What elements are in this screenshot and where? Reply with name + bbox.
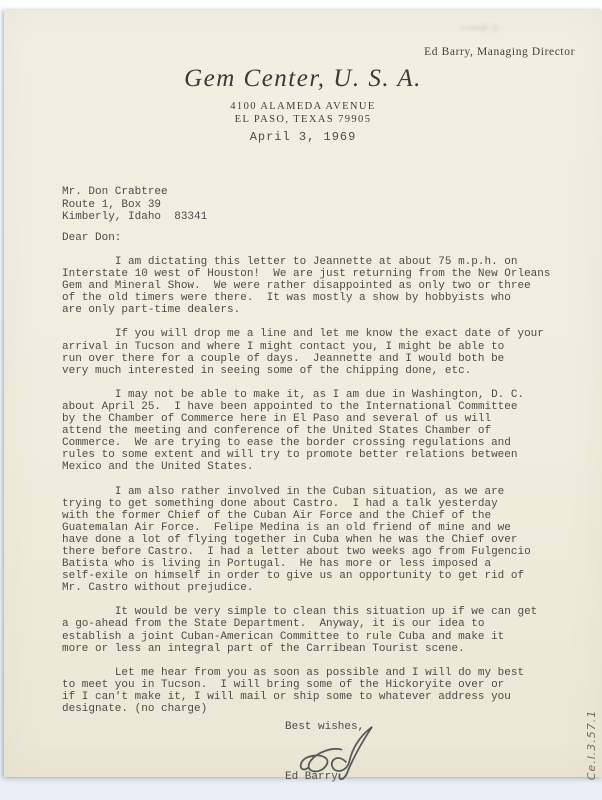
signature-name: Ed Barry bbox=[285, 771, 338, 783]
letter-date: April 3, 1969 bbox=[4, 130, 602, 144]
paragraph-2: If you will drop me a line and let me kn… bbox=[62, 328, 567, 376]
pencil-smudge bbox=[459, 23, 517, 33]
letterhead-address-line1: 4100 ALAMEDA AVENUE bbox=[4, 101, 602, 112]
paragraph-4: I am also rather involved in the Cuban s… bbox=[62, 486, 567, 595]
paragraph-6: Let me hear from you as soon as possible… bbox=[62, 667, 567, 715]
paragraph-3: I may not be able to make it, as I am du… bbox=[62, 389, 567, 474]
managing-director-note: Ed Barry, Managing Director bbox=[424, 46, 575, 58]
catalog-number: Ce.l.3.57.1 bbox=[585, 693, 599, 797]
letter-paper: Ed Barry, Managing Director Gem Center, … bbox=[4, 10, 602, 777]
paragraph-5: It would be very simple to clean this si… bbox=[62, 606, 567, 654]
letter-body: I am dictating this letter to Jeannette … bbox=[62, 256, 567, 727]
recipient-address: Mr. Don Crabtree Route 1, Box 39 Kimberl… bbox=[62, 186, 207, 224]
letterhead-company: Gem Center, U. S. A. bbox=[4, 65, 602, 93]
letterhead-address-line2: EL PASO, TEXAS 79905 bbox=[4, 114, 602, 125]
paragraph-1: I am dictating this letter to Jeannette … bbox=[62, 256, 567, 316]
salutation: Dear Don: bbox=[62, 232, 121, 244]
